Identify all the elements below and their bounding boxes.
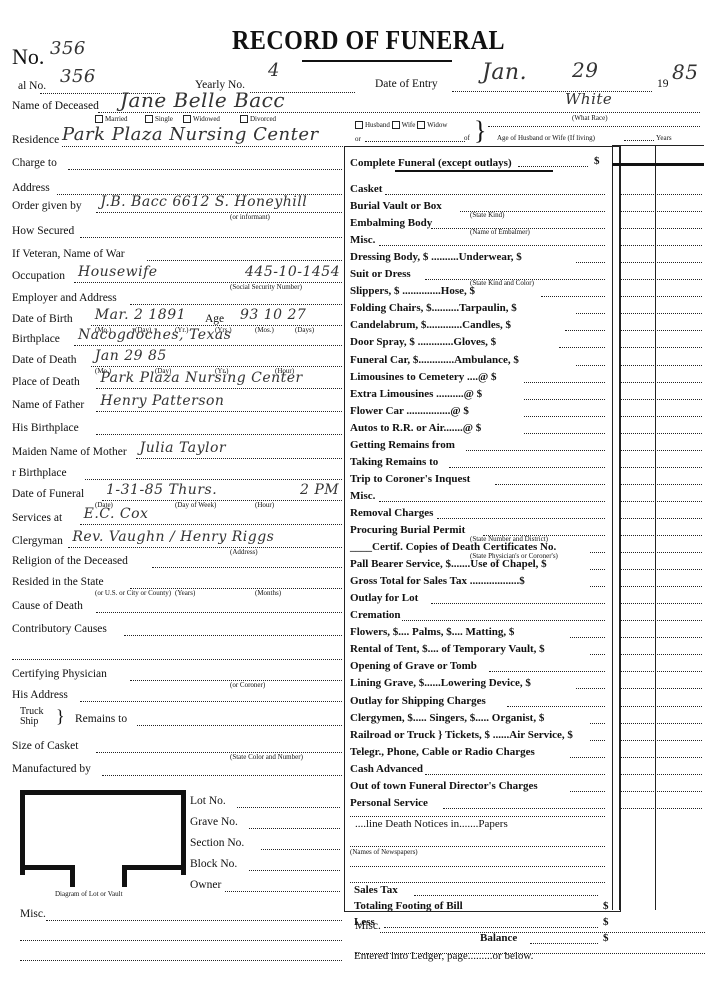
charge-row-21-line[interactable] [590, 552, 605, 553]
field-date-of-birth-note-5: (Days) [295, 326, 314, 334]
charge-row-35-line[interactable] [570, 791, 605, 792]
charge-row-31-line[interactable] [590, 723, 605, 724]
charge-row-20-label: Procuring Burial Permit [350, 524, 465, 536]
brace: } [474, 118, 486, 144]
field-r-birthplace-label: r Birthplace [12, 467, 67, 479]
charge-row-14-amount-cents[interactable] [657, 433, 702, 434]
charge-row-14-amount-dollars[interactable] [620, 433, 654, 434]
charge-row-22-amount-dollars[interactable] [620, 569, 654, 570]
charge-row-4-amount-dollars[interactable] [620, 262, 654, 263]
newspapers-note: (Names of Newspapers) [350, 848, 418, 856]
charge-row-31-label: Clergymen, $..... Singers, $..... Organi… [350, 712, 544, 724]
years-label: Years [656, 134, 672, 142]
notice-line-4[interactable] [350, 882, 605, 883]
checkbox-husband[interactable] [355, 121, 363, 129]
charge-row-22-amount-cents[interactable] [657, 569, 702, 570]
charge-row-28-label: Opening of Grave or Tomb [350, 660, 477, 672]
record-number-label: No. [12, 44, 44, 70]
charge-row-13-line[interactable] [524, 416, 605, 417]
field-date-of-birth-age-value[interactable]: 93 10 27 [240, 307, 306, 323]
lot-block-no-line[interactable] [249, 870, 340, 871]
field-order-given-by-line[interactable] [96, 212, 342, 213]
charge-row-12-line[interactable] [524, 399, 605, 400]
totaling-line[interactable] [504, 911, 598, 912]
charge-row-17-amount-cents[interactable] [657, 484, 702, 485]
charge-row-25-amount-dollars[interactable] [620, 620, 654, 621]
lot-block-no-label: Block No. [190, 858, 237, 870]
field-occupation-label: Occupation [12, 270, 65, 282]
date-entry-century: 19 [657, 78, 669, 90]
field-employer-and-address-label: Employer and Address [12, 292, 117, 304]
charge-row-15-line[interactable] [466, 450, 605, 451]
charge-row-1-amount-dollars[interactable] [620, 211, 654, 212]
date-entry-month[interactable]: Jan. [482, 60, 527, 85]
charge-row-24-label: Outlay for Lot [350, 592, 418, 604]
charge-row-25-amount-cents[interactable] [657, 620, 702, 621]
field-order-given-by-value[interactable]: J.B. Bacc 6612 S. Honeyhill [100, 194, 307, 210]
complete-funeral-dollar: $ [594, 155, 600, 167]
complete-funeral-line [518, 166, 588, 167]
charge-row-19-amount-cents[interactable] [657, 518, 702, 519]
field-name-of-father-label: Name of Father [12, 399, 84, 411]
spouse-age-label: Age of Husband or Wife (If living) [497, 134, 595, 142]
charge-row-36-amount-dollars[interactable] [620, 808, 654, 809]
charge-row-30-label: Outlay for Shipping Charges [350, 695, 486, 707]
charge-row-13-amount-cents[interactable] [657, 416, 702, 417]
charge-row-9-line[interactable] [559, 347, 605, 348]
charge-row-12-amount-cents[interactable] [657, 399, 702, 400]
field-date-of-death-label: Date of Death [12, 354, 77, 366]
sales-tax-line[interactable] [414, 895, 598, 896]
charges-heavy-rule [612, 163, 704, 166]
charge-row-3-amount-dollars[interactable] [620, 245, 654, 246]
field-religion-of-the-deceased-line[interactable] [152, 567, 342, 568]
charge-row-2-amount-cents[interactable] [657, 228, 702, 229]
status-single[interactable]: Single [145, 115, 173, 123]
charge-row-7-line[interactable] [576, 313, 605, 314]
charge-row-1-amount-cents[interactable] [657, 211, 702, 212]
checkbox-widowed[interactable] [183, 115, 191, 123]
field-birthplace-label: Birthplace [12, 333, 60, 345]
charge-row-18-amount-cents[interactable] [657, 501, 702, 502]
field-place-of-death-value[interactable]: Park Plaza Nursing Center [100, 370, 302, 386]
deceased-name-value[interactable]: Jane Belle Bacc [120, 88, 285, 112]
charge-row-35-label: Out of town Funeral Director's Charges [350, 780, 538, 792]
charge-row-2-amount-dollars[interactable] [620, 228, 654, 229]
charge-row-3-label: Misc. [350, 234, 375, 246]
checkbox-divorced[interactable] [240, 115, 248, 123]
date-entry-label: Date of Entry [375, 78, 438, 90]
status-divorced[interactable]: Divorced [240, 115, 276, 123]
charge-row-16-amount-dollars[interactable] [620, 467, 654, 468]
charge-row-19-label: Removal Charges [350, 507, 433, 519]
charge-row-20-amount-dollars[interactable] [620, 535, 654, 536]
charges-col-divider-2 [655, 146, 656, 910]
less-dollar: $ [603, 916, 609, 928]
charge-row-23-line[interactable] [590, 586, 605, 587]
charge-row-9-label: Door Spray, $ .............Gloves, $ [350, 336, 496, 348]
charge-row-10-line[interactable] [576, 365, 605, 366]
field-his-address-label: His Address [12, 689, 68, 701]
charge-row-15-amount-cents[interactable] [657, 450, 702, 451]
charges-col-divider-0 [612, 146, 613, 910]
field-date-of-funeral-value[interactable]: 1-31-85 Thurs. [106, 482, 217, 498]
field-date-of-funeral-label: Date of Funeral [12, 488, 84, 500]
charge-row-7-amount-cents[interactable] [657, 313, 702, 314]
field-certifying-physician-label: Certifying Physician [12, 668, 107, 680]
lot-diagram-caption: Diagram of Lot or Vault [55, 890, 123, 898]
balance-dollar: $ [603, 932, 609, 944]
status-widowed[interactable]: Widowed [183, 115, 220, 123]
charge-row-3-line[interactable] [379, 245, 605, 246]
field-remains-to-label: Remains to [75, 713, 127, 725]
misc-left-line-2[interactable] [20, 940, 342, 941]
notice-line-2[interactable] [350, 846, 605, 847]
yearly-no-value[interactable]: 4 [268, 60, 280, 81]
charge-row-13-label: Flower Car ................@ $ [350, 405, 469, 417]
charge-row-23-label: Gross Total for Sales Tax ..............… [350, 575, 525, 587]
misc-left-line-3[interactable] [20, 960, 342, 961]
field-how-secured-line[interactable] [80, 237, 342, 238]
residence-value[interactable]: Park Plaza Nursing Center [62, 124, 319, 145]
charge-row-4-amount-cents[interactable] [657, 262, 702, 263]
charge-row-24-line[interactable] [431, 603, 605, 604]
charge-row-27-amount-cents[interactable] [657, 654, 702, 655]
field-date-of-birth-label: Date of Birth [12, 313, 73, 325]
charge-row-7-amount-dollars[interactable] [620, 313, 654, 314]
charge-row-23-amount-cents[interactable] [657, 586, 702, 587]
lot-diagram-base-right [126, 865, 181, 870]
charge-row-29-label: Lining Grave, $......Lowering Device, $ [350, 677, 531, 689]
charge-row-18-line[interactable] [379, 501, 605, 502]
charge-row-25-line[interactable] [402, 620, 605, 621]
charge-row-24-amount-cents[interactable] [657, 603, 702, 604]
misc-right-line-1[interactable] [380, 932, 705, 933]
field-certifying-physician-note: (or Coroner) [230, 681, 265, 689]
field-services-at-line[interactable] [80, 524, 342, 525]
charge-row-7-label: Folding Chairs, $..........Tarpaulin, $ [350, 302, 517, 314]
lot-diagram-base-left [20, 865, 70, 870]
charge-row-26-amount-dollars[interactable] [620, 637, 654, 638]
misc-left-line-1[interactable] [46, 920, 342, 921]
field-blank-line[interactable] [12, 659, 342, 660]
field-contributory-causes-label: Contributory Causes [12, 623, 107, 635]
totaling-label: Totaling Footing of Bill [354, 900, 463, 912]
lot-grave-no-line[interactable] [249, 828, 340, 829]
charge-row-34-amount-dollars[interactable] [620, 774, 654, 775]
field-manufactured-by-line[interactable] [102, 775, 342, 776]
field-services-at-value[interactable]: E.C. Cox [84, 506, 149, 522]
charge-row-36-line[interactable] [443, 808, 605, 809]
date-entry-year[interactable]: 85 [672, 60, 698, 84]
charge-row-22-line[interactable] [590, 569, 605, 570]
notice-line-1[interactable] [350, 816, 605, 817]
field-date-of-birth-age-label: Age [205, 313, 224, 325]
charge-row-32-label: Railroad or Truck } Tickets, $ ......Air… [350, 729, 573, 741]
field-clergyman-line[interactable] [68, 547, 342, 548]
or-label: or [355, 135, 361, 143]
charges-top-rule [612, 145, 704, 146]
charge-row-35-amount-dollars[interactable] [620, 791, 654, 792]
charge-row-26-amount-cents[interactable] [657, 637, 702, 638]
field-his-birthplace-line[interactable] [96, 434, 342, 435]
field-birthplace-value[interactable]: Nacogdoches, Texas [78, 327, 231, 343]
charge-row-6-amount-dollars[interactable] [620, 296, 654, 297]
balance-label: Balance [480, 932, 517, 944]
field-name-of-father-value[interactable]: Henry Patterson [100, 393, 224, 409]
charge-row-30-line[interactable] [507, 706, 605, 707]
field-religion-of-the-deceased-label: Religion of the Deceased [12, 555, 128, 567]
charge-row-28-line[interactable] [489, 671, 605, 672]
field-manufactured-by-label: Manufactured by [12, 763, 91, 775]
of-label: of [464, 134, 470, 142]
lot-diagram-stem-right [122, 865, 127, 887]
less-line[interactable] [384, 927, 598, 928]
ledger-label: Entered into Ledger, page.........or bel… [354, 950, 533, 962]
charge-row-30-amount-cents[interactable] [657, 706, 702, 707]
deceased-name-line [98, 112, 700, 113]
field-maiden-name-of-mother-value[interactable]: Julia Taylor [140, 440, 227, 456]
field-clergyman-value[interactable]: Rev. Vaughn / Henry Riggs [72, 529, 274, 545]
charge-row-32-line[interactable] [590, 740, 605, 741]
complete-funeral-underline [395, 170, 553, 172]
charge-row-13-amount-dollars[interactable] [620, 416, 654, 417]
charge-row-36-amount-cents[interactable] [657, 808, 702, 809]
charge-row-5-amount-dollars[interactable] [620, 279, 654, 280]
charge-row-5-label: Suit or Dress [350, 268, 411, 280]
charge-row-0-label: Casket [350, 183, 382, 195]
field-his-address-line[interactable] [80, 701, 342, 702]
charge-row-16-label: Taking Remains to [350, 456, 438, 468]
field-size-of-casket-label: Size of Casket [12, 740, 78, 752]
misc-left-label: Misc. [20, 908, 46, 920]
notice-line-3[interactable] [350, 866, 605, 867]
field-occupation-value[interactable]: Housewife [78, 264, 158, 280]
death-notices-label: ....line Death Notices in.......Papers [355, 818, 508, 830]
charge-row-8-label: Candelabrum, $.............Candles, $ [350, 319, 511, 331]
charge-row-16-line[interactable] [449, 467, 605, 468]
serial-no-value[interactable]: 356 [60, 66, 96, 87]
field-remains-to-brace: } [56, 707, 65, 725]
deceased-name-label: Name of Deceased [12, 100, 99, 112]
field-charge-to-line[interactable] [68, 169, 342, 170]
charge-row-3-amount-cents[interactable] [657, 245, 702, 246]
charge-row-21-amount-cents[interactable] [657, 552, 702, 553]
date-entry-day[interactable]: 29 [572, 58, 598, 82]
charge-row-28-amount-cents[interactable] [657, 671, 702, 672]
charge-row-9-amount-cents[interactable] [657, 347, 702, 348]
field-date-of-birth-value[interactable]: Mar. 2 1891 [95, 307, 186, 323]
field-maiden-name-of-mother-label: Maiden Name of Mother [12, 446, 127, 458]
charge-row-2-label: Embalming Body [350, 217, 432, 229]
field-size-of-casket-line[interactable] [96, 752, 342, 753]
field-if-veteran-name-of-war-line[interactable] [147, 260, 342, 261]
field-resided-in-the-state-note-2: (Months) [255, 589, 281, 597]
charge-row-8-amount-cents[interactable] [657, 330, 702, 331]
lot-lot-no-line[interactable] [237, 807, 340, 808]
checkbox-married[interactable] [95, 115, 103, 123]
field-date-of-birth-note-4: (Mos.) [255, 326, 274, 334]
field-name-of-father-line[interactable] [96, 411, 342, 412]
field-his-birthplace-label: His Birthplace [12, 422, 79, 434]
charge-row-10-amount-cents[interactable] [657, 365, 702, 366]
lot-section-no-label: Section No. [190, 837, 244, 849]
charge-row-22-label: Pall Bearer Service, $.......Use of Chap… [350, 558, 547, 570]
field-contributory-causes-line[interactable] [124, 635, 342, 636]
charge-row-12-amount-dollars[interactable] [620, 399, 654, 400]
field-r-birthplace-line[interactable] [85, 479, 342, 480]
charge-row-27-line[interactable] [590, 654, 605, 655]
field-date-of-funeral-line[interactable] [102, 500, 342, 501]
charge-row-14-line[interactable] [524, 433, 605, 434]
balance-line[interactable] [530, 943, 598, 944]
serial-no-label: al No. [18, 80, 46, 92]
charge-row-34-line[interactable] [425, 774, 605, 775]
charge-row-20-amount-cents[interactable] [657, 535, 702, 536]
field-charge-to-label: Charge to [12, 157, 57, 169]
charge-row-6-label: Slippers, $ ..............Hose, $ [350, 285, 475, 297]
field-cause-of-death-line[interactable] [96, 612, 342, 613]
field-remains-to-line[interactable] [137, 725, 342, 726]
lot-diagram-frame [20, 790, 186, 875]
spouse-line [488, 126, 700, 127]
charge-row-36-label: Personal Service [350, 797, 428, 809]
charge-row-8-amount-dollars[interactable] [620, 330, 654, 331]
spouse-options: Husband Wife Widow [355, 121, 447, 129]
charge-row-2-note: (Name of Embalmer) [470, 228, 530, 236]
charge-row-17-line[interactable] [495, 484, 605, 485]
charge-row-30-amount-dollars[interactable] [620, 706, 654, 707]
charge-row-18-amount-dollars[interactable] [620, 501, 654, 502]
field-cause-of-death-label: Cause of Death [12, 600, 83, 612]
lot-lot-no-label: Lot No. [190, 795, 226, 807]
charge-row-25-label: Cremation [350, 609, 401, 621]
charge-row-4-label: Dressing Body, $ ..........Underwear, $ [350, 251, 522, 263]
field-date-of-funeral-note-1: (Day of Week) [175, 501, 216, 509]
race-note: (What Race) [572, 114, 608, 122]
charge-row-12-label: Extra Limousines ..........@ $ [350, 388, 482, 400]
charge-row-11-label: Limousines to Cemetery ....@ $ [350, 371, 497, 383]
field-maiden-name-of-mother-line[interactable] [136, 458, 342, 459]
residence-line [62, 146, 347, 147]
field-how-secured-label: How Secured [12, 225, 74, 237]
charge-row-29-amount-cents[interactable] [657, 688, 702, 689]
charge-row-4-line[interactable] [576, 262, 605, 263]
charge-row-32-amount-cents[interactable] [657, 740, 702, 741]
checkbox-single[interactable] [145, 115, 153, 123]
charge-row-11-amount-cents[interactable] [657, 382, 702, 383]
charge-row-17-amount-dollars[interactable] [620, 484, 654, 485]
charge-row-19-line[interactable] [437, 518, 605, 519]
field-order-given-by-note: (or informant) [230, 213, 270, 221]
charge-row-6-amount-cents[interactable] [657, 296, 702, 297]
charge-row-29-amount-dollars[interactable] [620, 688, 654, 689]
charge-row-33-amount-cents[interactable] [657, 757, 702, 758]
charges-col-divider-1 [619, 146, 620, 910]
charge-row-31-amount-cents[interactable] [657, 723, 702, 724]
charge-row-27-amount-dollars[interactable] [620, 654, 654, 655]
field-place-of-death-line[interactable] [96, 388, 342, 389]
charge-row-33-amount-dollars[interactable] [620, 757, 654, 758]
field-resided-in-the-state-note-1: (Years) [175, 589, 195, 597]
field-remains-to-bracket-2: Ship [20, 717, 38, 727]
charge-row-15-amount-dollars[interactable] [620, 450, 654, 451]
field-occupation-ssn[interactable]: 445-10-1454 [245, 264, 340, 280]
charge-row-11-line[interactable] [524, 382, 605, 383]
charge-row-15-label: Getting Remains from [350, 439, 455, 451]
charge-row-26-line[interactable] [570, 637, 605, 638]
field-resided-in-the-state-note-0: (or U.S. or City or County) [95, 589, 171, 597]
charge-row-29-line[interactable] [576, 688, 605, 689]
charge-row-19-amount-dollars[interactable] [620, 518, 654, 519]
charge-row-17-label: Trip to Coroner's Inquest [350, 473, 470, 485]
record-number-value[interactable]: 356 [50, 38, 86, 59]
field-size-of-casket-note: (State Color and Number) [230, 753, 303, 761]
charge-row-33-label: Telegr., Phone, Cable or Radio Charges [350, 746, 535, 758]
charge-row-23-amount-dollars[interactable] [620, 586, 654, 587]
charge-row-14-label: Autos to R.R. or Air.......@ $ [350, 422, 481, 434]
field-date-of-death-value[interactable]: Jan 29 85 [95, 348, 167, 364]
field-birthplace-line[interactable] [74, 345, 342, 346]
field-if-veteran-name-of-war-label: If Veteran, Name of War [12, 248, 125, 260]
charge-row-18-label: Misc. [350, 490, 375, 502]
status-married[interactable]: Married [95, 115, 128, 123]
field-place-of-death-label: Place of Death [12, 376, 80, 388]
charge-row-33-line[interactable] [570, 757, 605, 758]
charge-row-35-amount-cents[interactable] [657, 791, 702, 792]
charge-row-26-label: Flowers, $.... Palms, $.... Matting, $ [350, 626, 514, 638]
charge-row-27-label: Rental of Tent, $.... of Temporary Vault… [350, 643, 545, 655]
field-resided-in-the-state-label: Resided in the State [12, 576, 104, 588]
checkbox-wife[interactable] [392, 121, 400, 129]
charge-row-10-label: Funeral Car, $.............Ambulance, $ [350, 354, 519, 366]
race-value[interactable]: White [565, 90, 612, 108]
field-employer-and-address-line[interactable] [130, 304, 342, 305]
checkbox-widow[interactable] [417, 121, 425, 129]
spouse-of-line [365, 141, 465, 142]
charge-row-28-amount-dollars[interactable] [620, 671, 654, 672]
charge-row-21-amount-dollars[interactable] [620, 552, 654, 553]
charge-row-5-note: (State Kind and Color) [470, 279, 534, 287]
lot-owner-line[interactable] [225, 891, 340, 892]
charge-row-0-amount-cents[interactable] [657, 194, 702, 195]
totaling-dollar: $ [603, 900, 609, 912]
charge-row-8-line[interactable] [565, 330, 605, 331]
field-order-given-by-label: Order given by [12, 200, 82, 212]
charge-row-31-amount-dollars[interactable] [620, 723, 654, 724]
charge-row-6-line[interactable] [541, 296, 605, 297]
less-label: Less [354, 916, 375, 928]
sales-tax-label: Sales Tax [354, 884, 398, 896]
field-clergyman-label: Clergyman [12, 535, 63, 547]
charge-row-24-amount-dollars[interactable] [620, 603, 654, 604]
charge-row-16-amount-cents[interactable] [657, 467, 702, 468]
lot-owner-label: Owner [190, 879, 221, 891]
charge-row-5-amount-cents[interactable] [657, 279, 702, 280]
date-entry-line [452, 91, 652, 92]
field-date-of-funeral-hour[interactable]: 2 PM [300, 482, 339, 498]
charge-row-32-amount-dollars[interactable] [620, 740, 654, 741]
charge-row-10-amount-dollars[interactable] [620, 365, 654, 366]
charge-row-0-amount-dollars[interactable] [620, 194, 654, 195]
charge-row-11-amount-dollars[interactable] [620, 382, 654, 383]
charge-row-0-line[interactable] [385, 194, 605, 195]
field-services-at-label: Services at [12, 512, 62, 524]
charge-row-34-amount-cents[interactable] [657, 774, 702, 775]
charge-row-9-amount-dollars[interactable] [620, 347, 654, 348]
lot-section-no-line[interactable] [261, 849, 340, 850]
spouse-age-line [624, 140, 654, 141]
